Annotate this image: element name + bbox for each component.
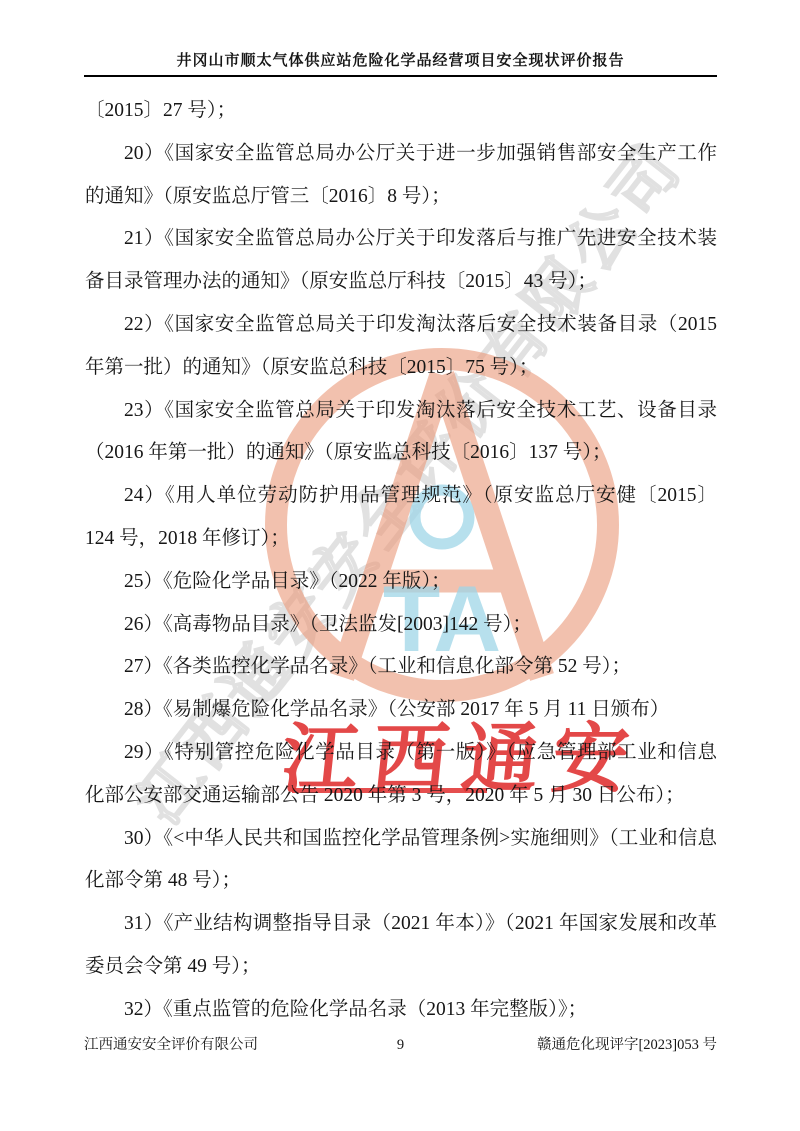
paragraph: 27）《各类监控化学品名录》（工业和信息化部令第 52 号）； — [85, 646, 717, 689]
paragraph: 21）《国家安全监管总局办公厅关于印发落后与推广先进安全技术装备目录管理办法的通… — [85, 218, 717, 304]
footer-company-name: 江西通安安全评价有限公司 — [84, 1036, 258, 1054]
footer-doc-number: 赣通危化现评字[2023]053 号 — [537, 1036, 717, 1054]
paragraph: 26）《高毒物品目录》（卫法监发[2003]142 号）； — [85, 604, 717, 647]
paragraph: 31）《产业结构调整指导目录（2021 年本）》（2021 年国家发展和改革委员… — [85, 903, 717, 989]
paragraph: 29）《特别管控危险化学品目录（第一版）》（应急管理部工业和信息化部公安部交通运… — [85, 732, 717, 818]
paragraph: 20）《国家安全监管总局办公厅关于进一步加强销售部安全生产工作的通知》（原安监总… — [85, 133, 717, 219]
footer-page-number: 9 — [397, 1036, 404, 1054]
document-body: 〔2015〕27 号）；20）《国家安全监管总局办公厅关于进一步加强销售部安全生… — [85, 90, 717, 1032]
paragraph: 30）《<中华人民共和国监控化学品管理条例>实施细则》（工业和信息化部令第 48… — [85, 818, 717, 904]
paragraph: 22）《国家安全监管总局关于印发淘汰落后安全技术装备目录（2015 年第一批）的… — [85, 304, 717, 390]
paragraph: 32）《重点监管的危险化学品名录（2013 年完整版）》； — [85, 989, 717, 1032]
paragraph: 〔2015〕27 号）； — [85, 90, 717, 133]
page-header-title: 井冈山市顺太气体供应站危险化学品经营项目安全现状评价报告 — [84, 50, 717, 77]
paragraph: 25）《危险化学品目录》（2022 年版）； — [85, 561, 717, 604]
paragraph: 28）《易制爆危险化学品名录》（公安部 2017 年 5 月 11 日颁布） — [85, 689, 717, 732]
page-footer: 江西通安安全评价有限公司 9 赣通危化现评字[2023]053 号 — [84, 1036, 717, 1054]
paragraph: 24）《用人单位劳动防护用品管理规范》（原安监总厅安健〔2015〕124 号，2… — [85, 475, 717, 561]
paragraph: 23）《国家安全监管总局关于印发淘汰落后安全技术工艺、设备目录（2016 年第一… — [85, 390, 717, 476]
document-page: { "header": { "title": "井冈山市顺太气体供应站危险化学品… — [0, 0, 800, 1131]
